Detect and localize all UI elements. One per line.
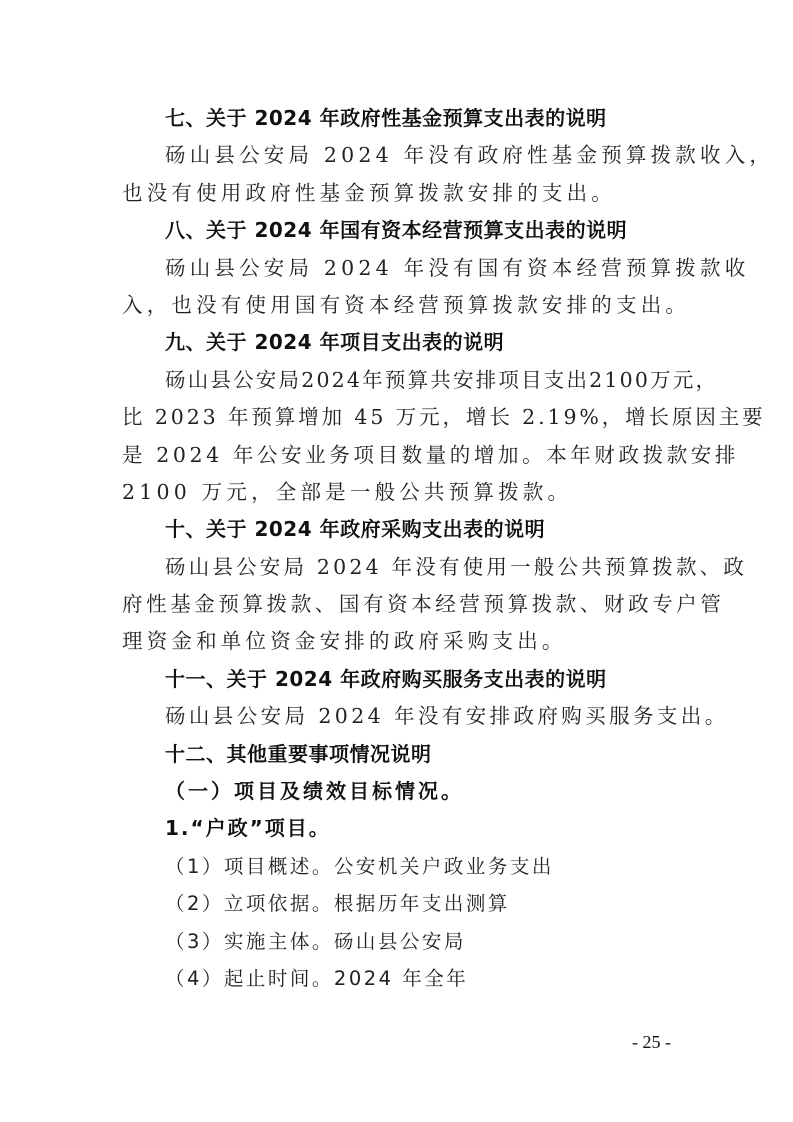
paragraph-line: 府性基金预算拨款、国有资本经营预算拨款、财政专户管 [122,586,672,623]
paragraph-line: 理资金和单位资金安排的政府采购支出。 [122,623,672,660]
project-title: 1.“户政”项目。 [122,810,672,847]
paragraph-line: 也没有使用政府性基金预算拨款安排的支出。 [122,175,672,212]
paragraph-line: 入，也没有使用国有资本经营预算拨款安排的支出。 [122,287,672,324]
section-heading-7: 七、关于 2024 年政府性基金预算支出表的说明 [122,100,672,137]
project-item-period: （4）起止时间。2024 年全年 [122,960,672,997]
subsection-heading: （一）项目及绩效目标情况。 [122,773,672,810]
paragraph-line: 是 2024 年公安业务项目数量的增加。本年财政拨款安排 [122,437,672,474]
paragraph-line: 比 2023 年预算增加 45 万元，增长 2.19%，增长原因主要 [122,399,672,436]
paragraph-line: 砀山县公安局 2024 年没有国有资本经营预算拨款收 [122,250,672,287]
page-number: - 25 - [632,1032,671,1053]
section-heading-10: 十、关于 2024 年政府采购支出表的说明 [122,511,672,548]
section-heading-11: 十一、关于 2024 年政府购买服务支出表的说明 [122,661,672,698]
paragraph-line: 砀山县公安局 2024 年没有政府性基金预算拨款收入， [122,137,672,174]
document-page: 七、关于 2024 年政府性基金预算支出表的说明 砀山县公安局 2024 年没有… [122,100,672,997]
paragraph-line: 砀山县公安局 2024 年没有安排政府购买服务支出。 [122,698,672,735]
section-heading-8: 八、关于 2024 年国有资本经营预算支出表的说明 [122,212,672,249]
section-heading-9: 九、关于 2024 年项目支出表的说明 [122,324,672,361]
project-item-overview: （1）项目概述。公安机关户政业务支出 [122,848,672,885]
section-heading-12: 十二、其他重要事项情况说明 [122,736,672,773]
project-item-entity: （3）实施主体。砀山县公安局 [122,923,672,960]
paragraph-line: 砀山县公安局 2024 年没有使用一般公共预算拨款、政 [122,549,672,586]
project-item-basis: （2）立项依据。根据历年支出测算 [122,885,672,922]
paragraph-line: 2100 万元，全部是一般公共预算拨款。 [122,474,672,511]
paragraph-line: 砀山县公安局2024年预算共安排项目支出2100万元， [122,362,672,399]
